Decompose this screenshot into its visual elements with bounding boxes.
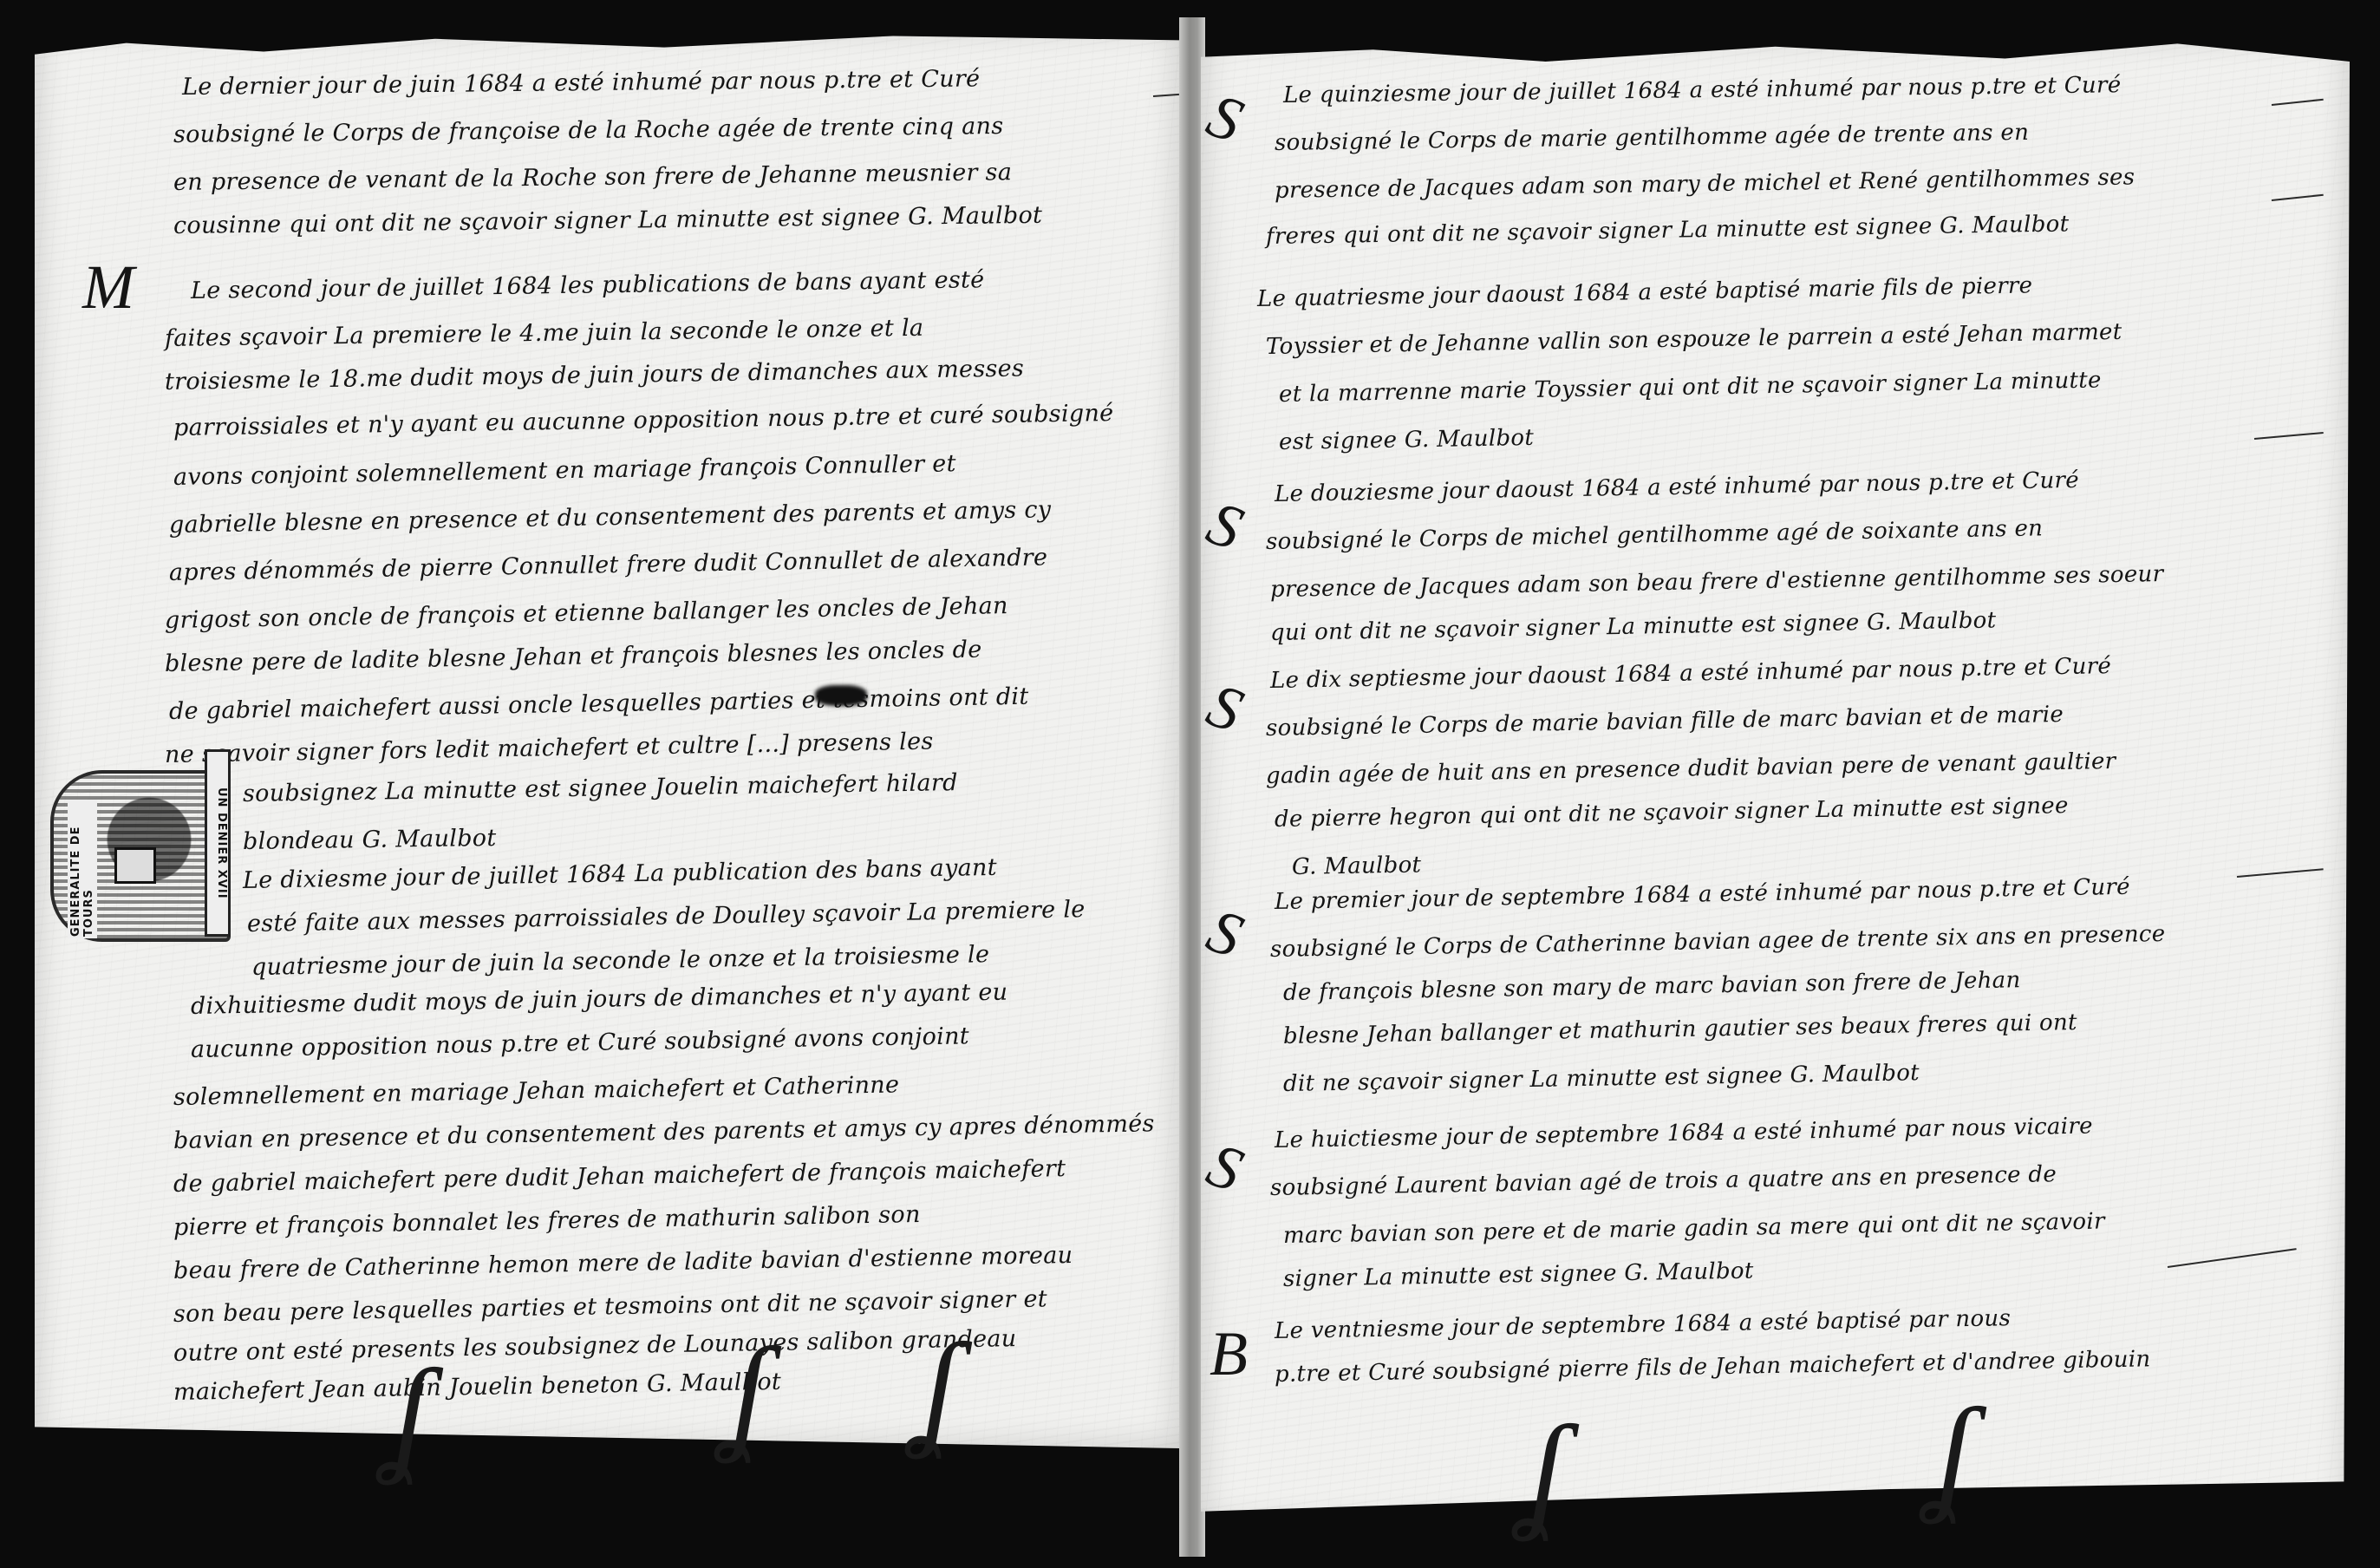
margin-mark-marriage: M [82, 256, 134, 318]
stamp-band-text: UN DENIER XVII [205, 749, 231, 937]
stamp-shield-icon [114, 847, 156, 884]
stamp-ring-text: GENERALITE DE TOURS [68, 800, 97, 938]
signature-paraph: ʆ [728, 1327, 766, 1457]
ink-blot [815, 685, 867, 706]
tax-stamp: GENERALITE DE TOURS UN DENIER XVII [50, 770, 231, 942]
signature-paraph: ʆ [1933, 1388, 1971, 1518]
right-line: est signee G. Maulbot [1279, 425, 1535, 455]
signature-paraph: ʆ [390, 1349, 427, 1479]
right-line: G. Maulbot [1292, 852, 1422, 880]
left-line: blondeau G. Maulbot [243, 825, 497, 855]
margin-mark-baptism: B [1210, 1323, 1248, 1385]
signature-paraph: ʆ [1526, 1405, 1563, 1535]
signature-paraph: ʆ [919, 1323, 956, 1453]
